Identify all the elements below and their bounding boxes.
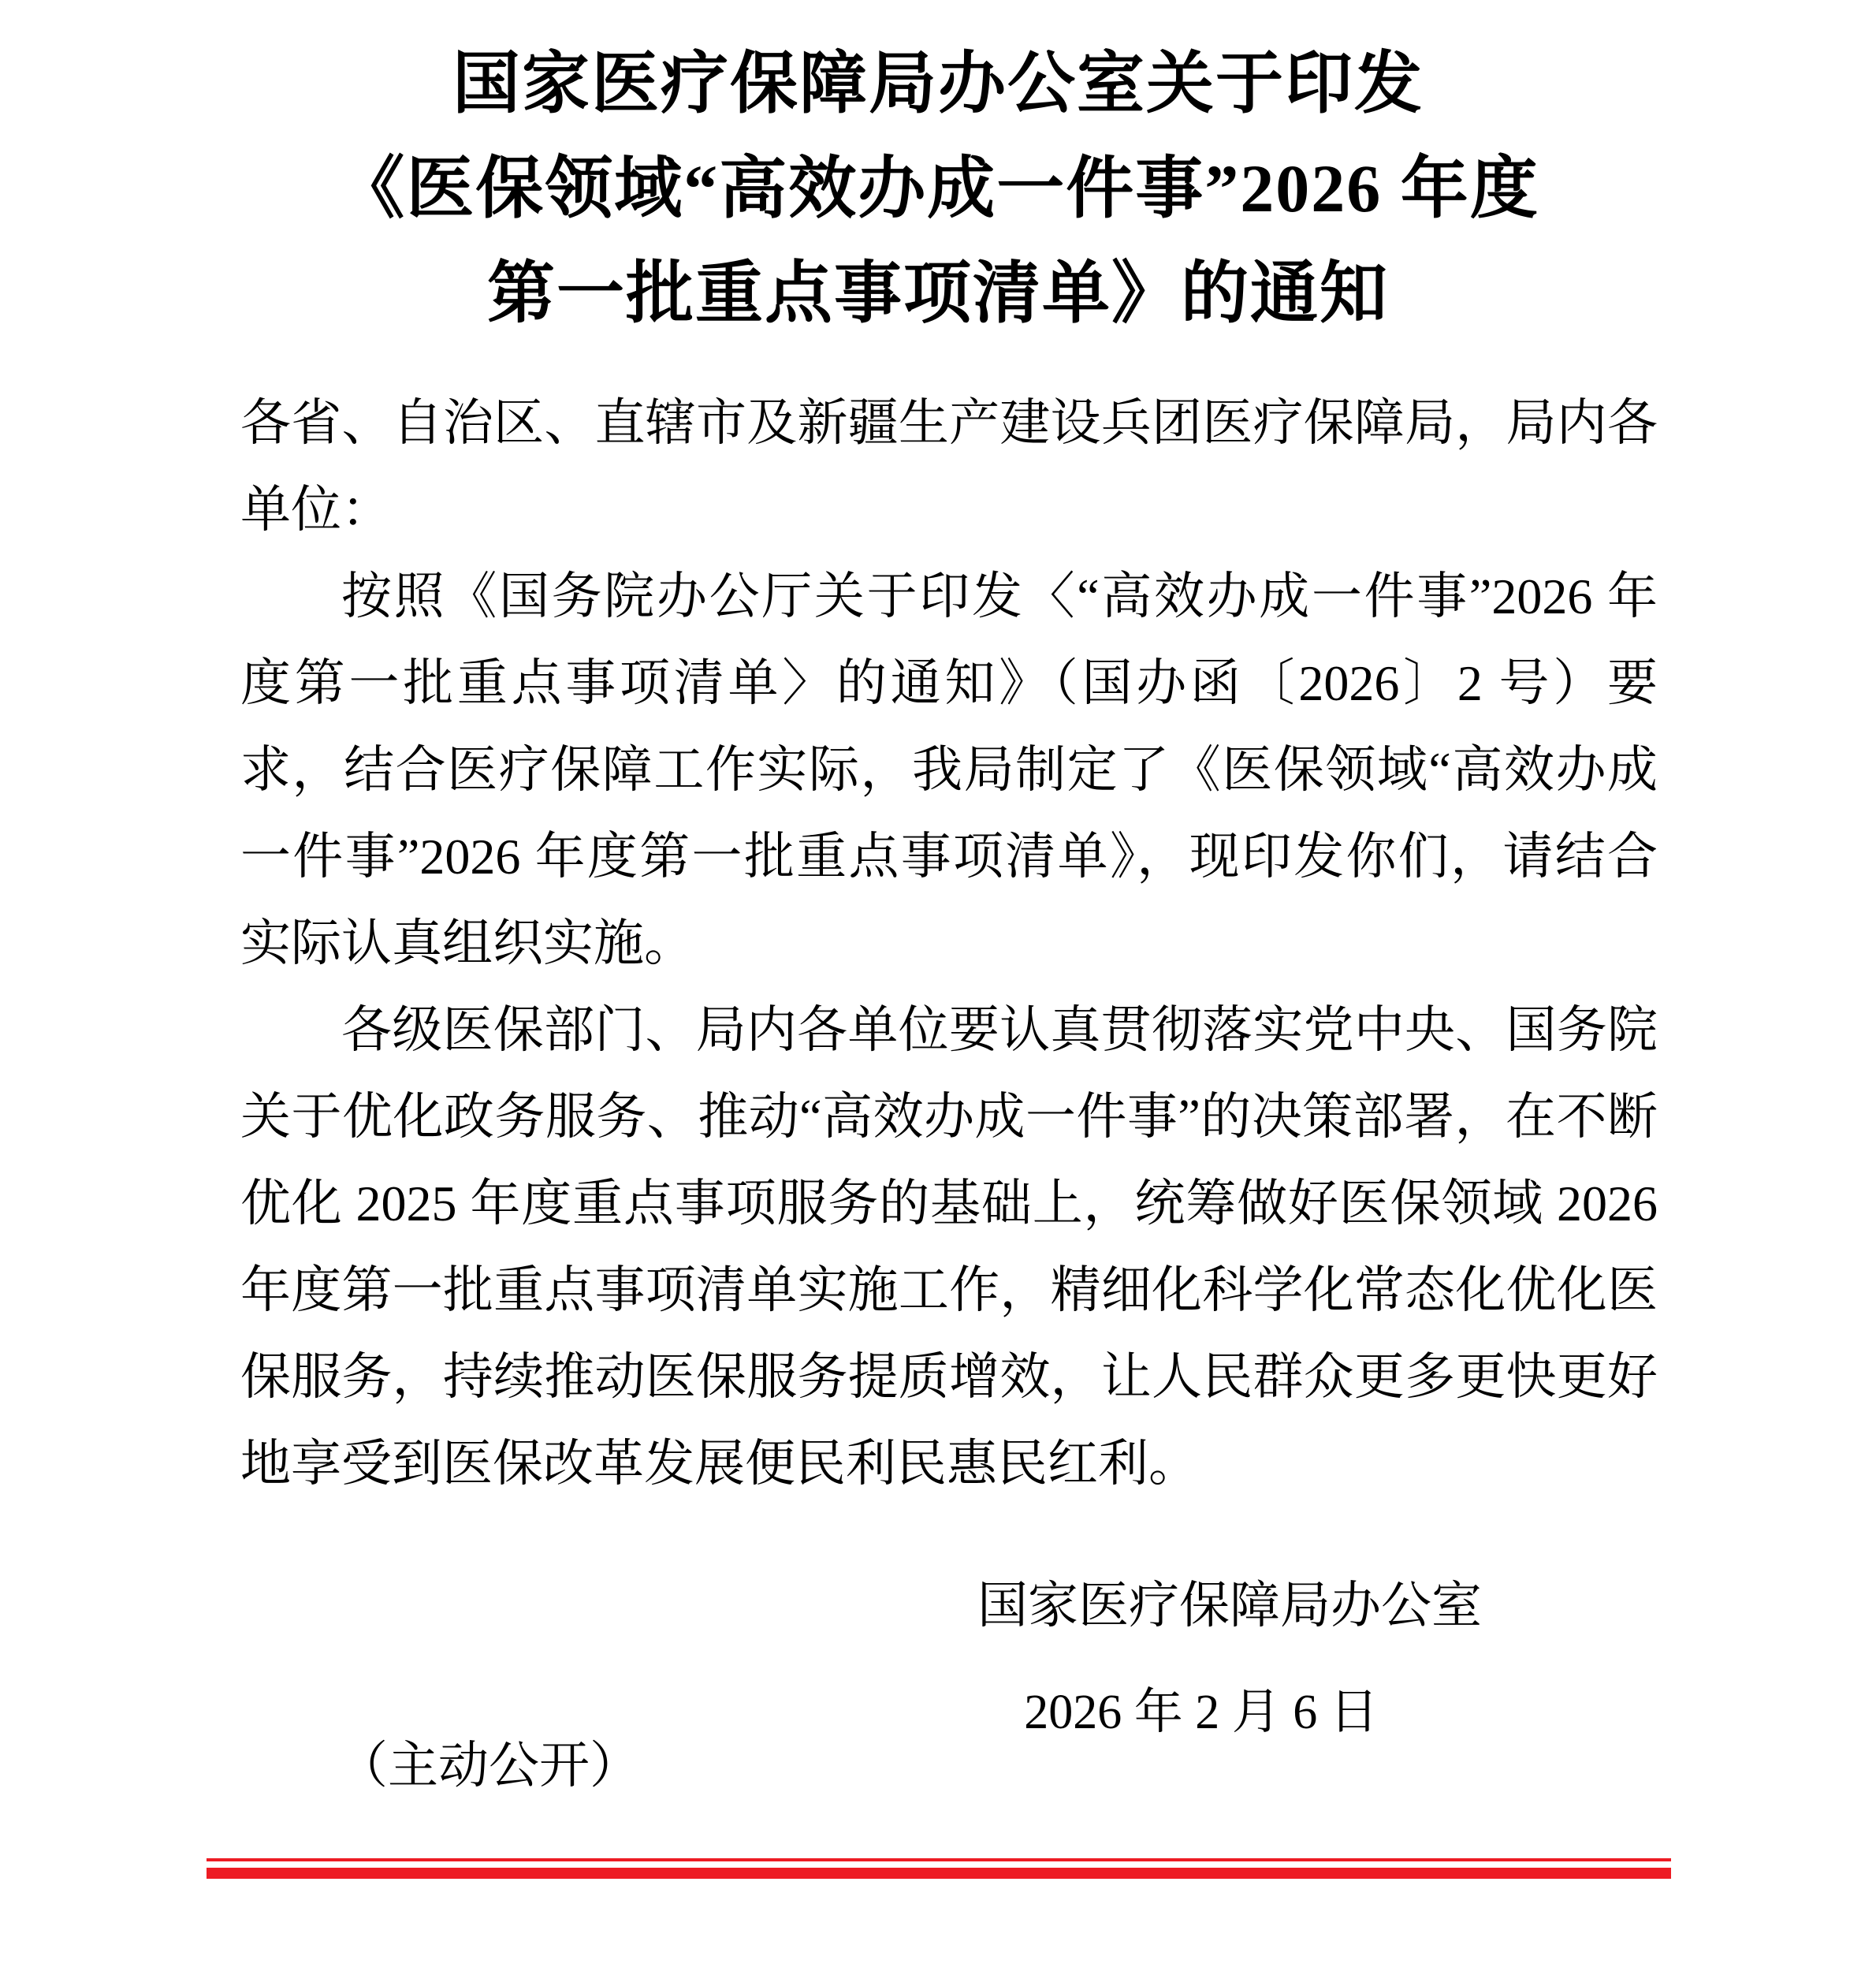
- body-paragraph-2: 各级医保部门、局内各单位要认真贯彻落实党中央、国务院关于优化政务服务、推动“高效…: [240, 987, 1658, 1507]
- document-title: 国家医疗保障局办公室关于印发 《医保领域“高效办成一件事”2026 年度 第一批…: [0, 32, 1876, 346]
- title-line-3: 第一批重点事项清单》的通知: [0, 241, 1876, 346]
- official-notice-page: 国家医疗保障局办公室关于印发 《医保领域“高效办成一件事”2026 年度 第一批…: [0, 0, 1876, 1971]
- title-line-1: 国家医疗保障局办公室关于印发: [0, 32, 1876, 136]
- document-body: 各省、自治区、直辖市及新疆生产建设兵团医疗保障局，局内各单位： 按照《国务院办公…: [240, 380, 1658, 1507]
- footer-rule-thin: [207, 1858, 1671, 1861]
- salutation-line: 各省、自治区、直辖市及新疆生产建设兵团医疗保障局，局内各单位：: [240, 380, 1658, 553]
- disclosure-note: （主动公开）: [337, 1738, 640, 1794]
- footer-rule-thick: [207, 1868, 1671, 1879]
- title-line-2: 《医保领域“高效办成一件事”2026 年度: [0, 136, 1876, 241]
- issue-date: 2026 年 2 月 6 日: [949, 1686, 1454, 1739]
- body-paragraph-1: 按照《国务院办公厅关于印发〈“高效办成一件事”2026 年度第一批重点事项清单〉…: [240, 553, 1658, 987]
- issuing-office-signature: 国家医疗保障局办公室: [977, 1578, 1482, 1634]
